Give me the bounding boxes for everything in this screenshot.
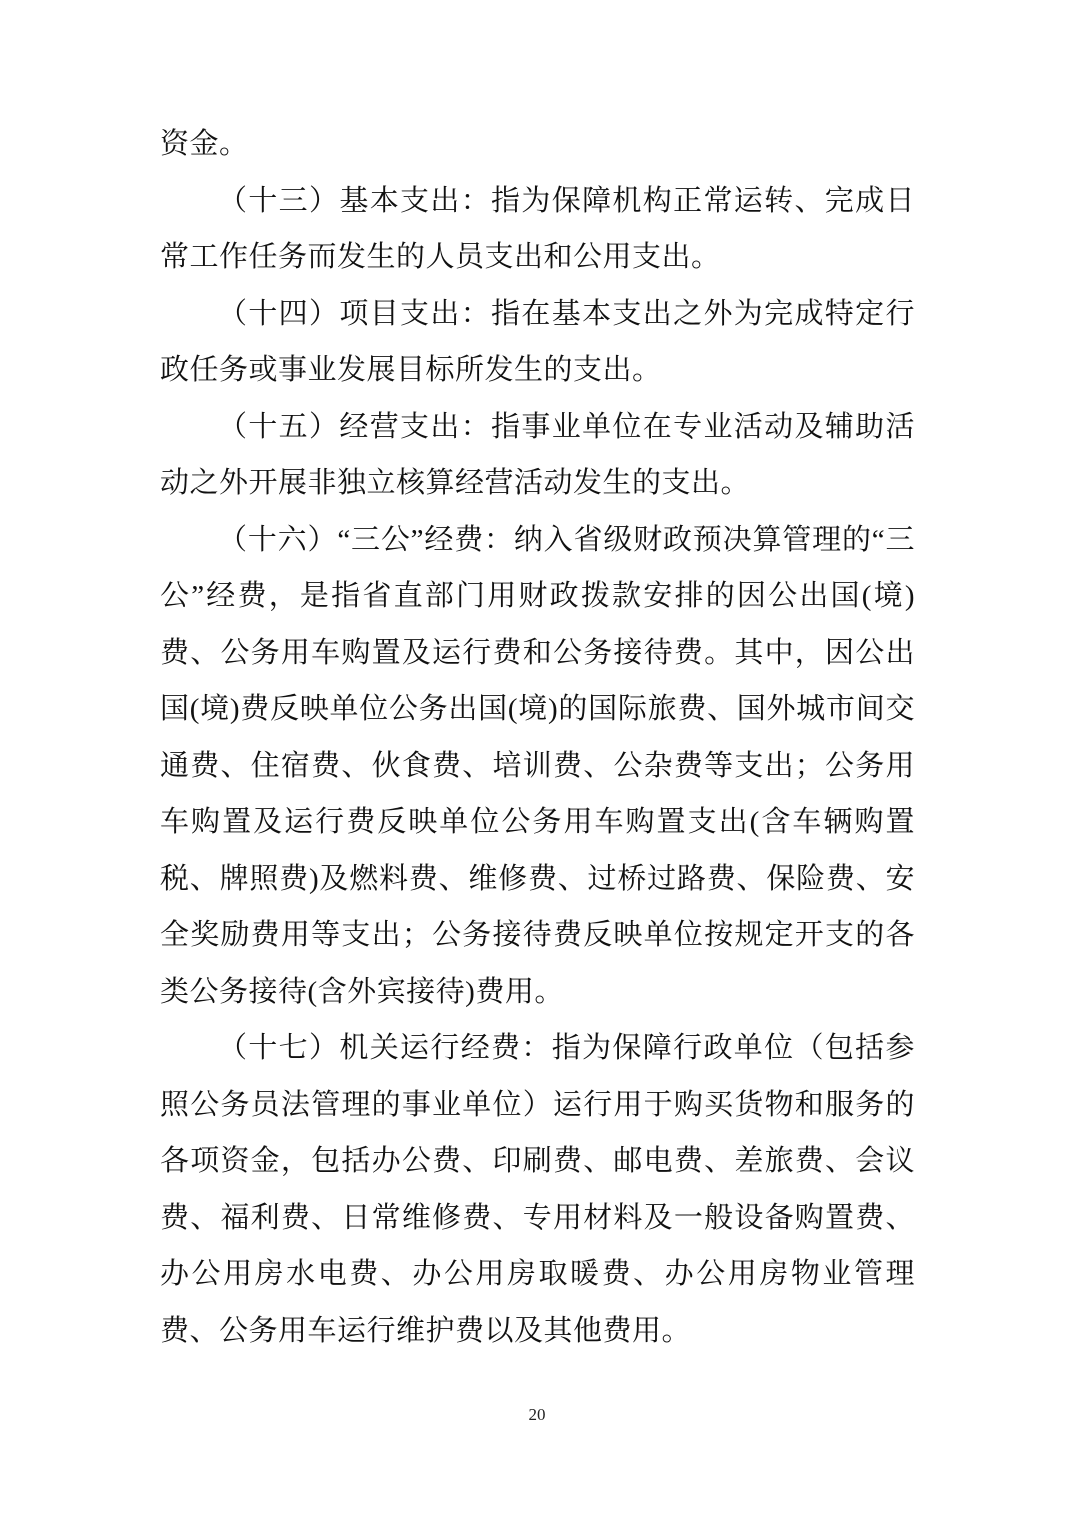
- document-body: 资金。 （十三）基本支出：指为保障机构正常运转、完成日常工作任务而发生的人员支出…: [160, 116, 915, 1359]
- paragraph-continuation: 资金。: [160, 116, 915, 173]
- paragraph-item-13-basic-expenditure: （十三）基本支出：指为保障机构正常运转、完成日常工作任务而发生的人员支出和公用支…: [160, 173, 915, 286]
- page-number: 20: [529, 1405, 546, 1424]
- document-page: 资金。 （十三）基本支出：指为保障机构正常运转、完成日常工作任务而发生的人员支出…: [0, 0, 1074, 1520]
- paragraph-item-15-operating-expenditure: （十五）经营支出：指事业单位在专业活动及辅助活动之外开展非独立核算经营活动发生的…: [160, 399, 915, 512]
- paragraph-item-16-three-public-funds: （十六）“三公”经费：纳入省级财政预决算管理的“三公”经费，是指省直部门用财政拨…: [160, 512, 915, 1021]
- paragraph-item-17-agency-operating-funds: （十七）机关运行经费：指为保障行政单位（包括参照公务员法管理的事业单位）运行用于…: [160, 1020, 915, 1359]
- page-footer: 20: [0, 1402, 1074, 1428]
- paragraph-item-14-project-expenditure: （十四）项目支出：指在基本支出之外为完成特定行政任务或事业发展目标所发生的支出。: [160, 286, 915, 399]
